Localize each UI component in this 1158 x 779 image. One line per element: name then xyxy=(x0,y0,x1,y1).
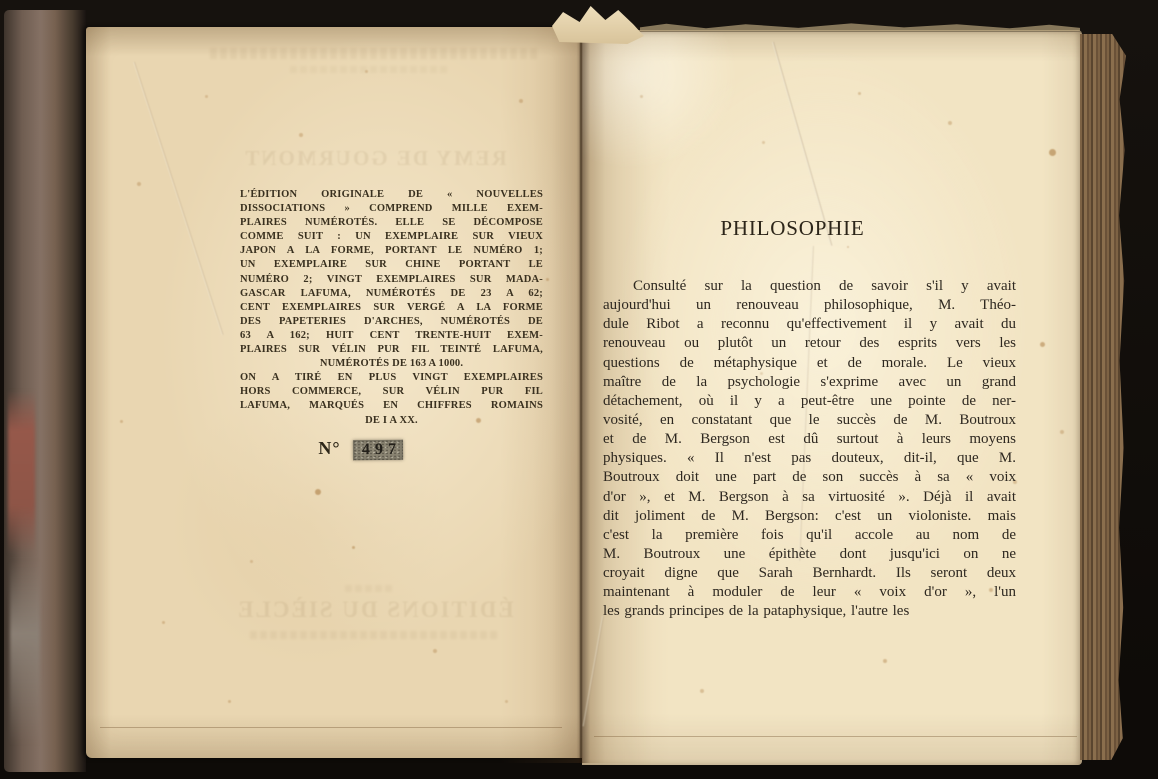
limitation-notice-line: UN EXEMPLAIRE SUR CHINE PORTANT LE xyxy=(240,258,543,272)
paragraph-line: maître de la psychologie s'exprime avec … xyxy=(603,373,1016,392)
paragraph-line: physiques. « Il n'est pas douteux, dit-i… xyxy=(603,449,1016,468)
limitation-notice-line: LAFUMA, MARQUÉS EN CHIFFRES ROMAINS xyxy=(240,399,543,413)
limitation-notice-line: DES PAPETERIES D'ARCHES, NUMÉROTÉS DE xyxy=(240,315,543,329)
limitation-notice-line: ON A TIRÉ EN PLUS VINGT EXEMPLAIRES xyxy=(240,371,543,385)
paragraph-line: aujourd'hui un renouveau philosophique, … xyxy=(603,296,1016,315)
gutter-line xyxy=(580,27,582,763)
paragraph-line: les grands principes de la pataphysique,… xyxy=(603,602,1016,621)
paragraph-line: dit joliment de M. Bergson: c'est un vio… xyxy=(603,507,1016,526)
paragraph-line: détachement, où il y a peut-être une poi… xyxy=(603,392,1016,411)
paragraph-line: M. Boutroux une épithète dont jusqu'ici … xyxy=(603,545,1016,564)
limitation-notice-line: 63 A 162; HUIT CENT TRENTE-HUIT EXEM- xyxy=(240,329,543,343)
limitation-notice-line: PLAIRES SUR VÉLIN PUR FIL TEINTÉ LAFUMA, xyxy=(240,343,543,357)
underlying-page-edge xyxy=(100,727,562,728)
paragraph-line: et de M. Bergson est dû surtout à leurs … xyxy=(603,430,1016,449)
numero-prefix: N° xyxy=(318,438,340,458)
torn-paper-flap xyxy=(552,4,644,44)
paragraph-line: renouveau ou plutôt un retour des esprit… xyxy=(603,334,1016,353)
fore-edge-page-stack xyxy=(1080,34,1126,760)
paragraph-line: d'or », et M. Bergson à sa virtuosité ».… xyxy=(603,488,1016,507)
top-page-edges xyxy=(640,22,1080,31)
paragraph-line: dule Ribot a reconnu qu'effectivement il… xyxy=(603,315,1016,334)
paragraph-line: maintenant à moduler de leur « voix d'or… xyxy=(603,583,1016,602)
book-photo: REMY DE GOURMONT ÉDITIONS DU SIÈCLE L'ÉD… xyxy=(0,0,1158,779)
limitation-notice-line: HORS COMMERCE, SUR VÉLIN PUR FIL xyxy=(240,385,543,399)
paragraph-line: Consulté sur la question de savoir s'il … xyxy=(603,277,1016,296)
limitation-notice-line: COMME SUIT : UN EXEMPLAIRE SUR VIEUX xyxy=(240,230,543,244)
paragraph-line: Boutroux doit une part de son succès à s… xyxy=(603,468,1016,487)
limitation-notice-line: CENT EXEMPLAIRES SUR VERGÉ A LA FORME xyxy=(240,301,543,315)
cover-marbling-red xyxy=(8,390,35,555)
limitation-notice: L'ÉDITION ORIGINALE DE « NOUVELLESDISSOC… xyxy=(240,188,543,428)
paragraph-line: questions de métaphysique et de morale. … xyxy=(603,354,1016,373)
limitation-notice-line: DE I A XX. xyxy=(240,414,543,428)
paragraph-line: c'est la première fois qu'il accole au n… xyxy=(603,526,1016,545)
chapter-heading: PHILOSOPHIE xyxy=(586,216,999,241)
body-paragraph: Consulté sur la question de savoir s'il … xyxy=(603,277,1016,622)
paragraph-line: croyait digne que Sarah Bernhardt. Ils s… xyxy=(603,564,1016,583)
limitation-notice-line: NUMÉROTÉS DE 163 A 1000. xyxy=(240,357,543,371)
limitation-notice-line: GASCAR LAFUMA, NUMÉROTÉS DE 23 A 62; xyxy=(240,287,543,301)
limitation-notice-line: L'ÉDITION ORIGINALE DE « NOUVELLES xyxy=(240,188,543,202)
underlying-page-edge xyxy=(594,736,1077,737)
limitation-notice-line: JAPON A LA FORME, PORTANT LE NUMÉRO 1; xyxy=(240,244,543,258)
limitation-notice-line: DISSOCIATIONS » COMPREND MILLE EXEM- xyxy=(240,202,543,216)
paragraph-line: vosité, en constatant que le succès de M… xyxy=(603,411,1016,430)
copy-number-line: N°497 xyxy=(209,438,512,460)
limitation-notice-line: NUMÉRO 2; VINGT EXEMPLAIRES SUR MADA- xyxy=(240,273,543,287)
copy-number-stamp: 497 xyxy=(352,440,402,461)
limitation-notice-line: PLAIRES NUMÉROTÉS. ELLE SE DÉCOMPOSE xyxy=(240,216,543,230)
cover-marbling-gray xyxy=(10,560,40,745)
